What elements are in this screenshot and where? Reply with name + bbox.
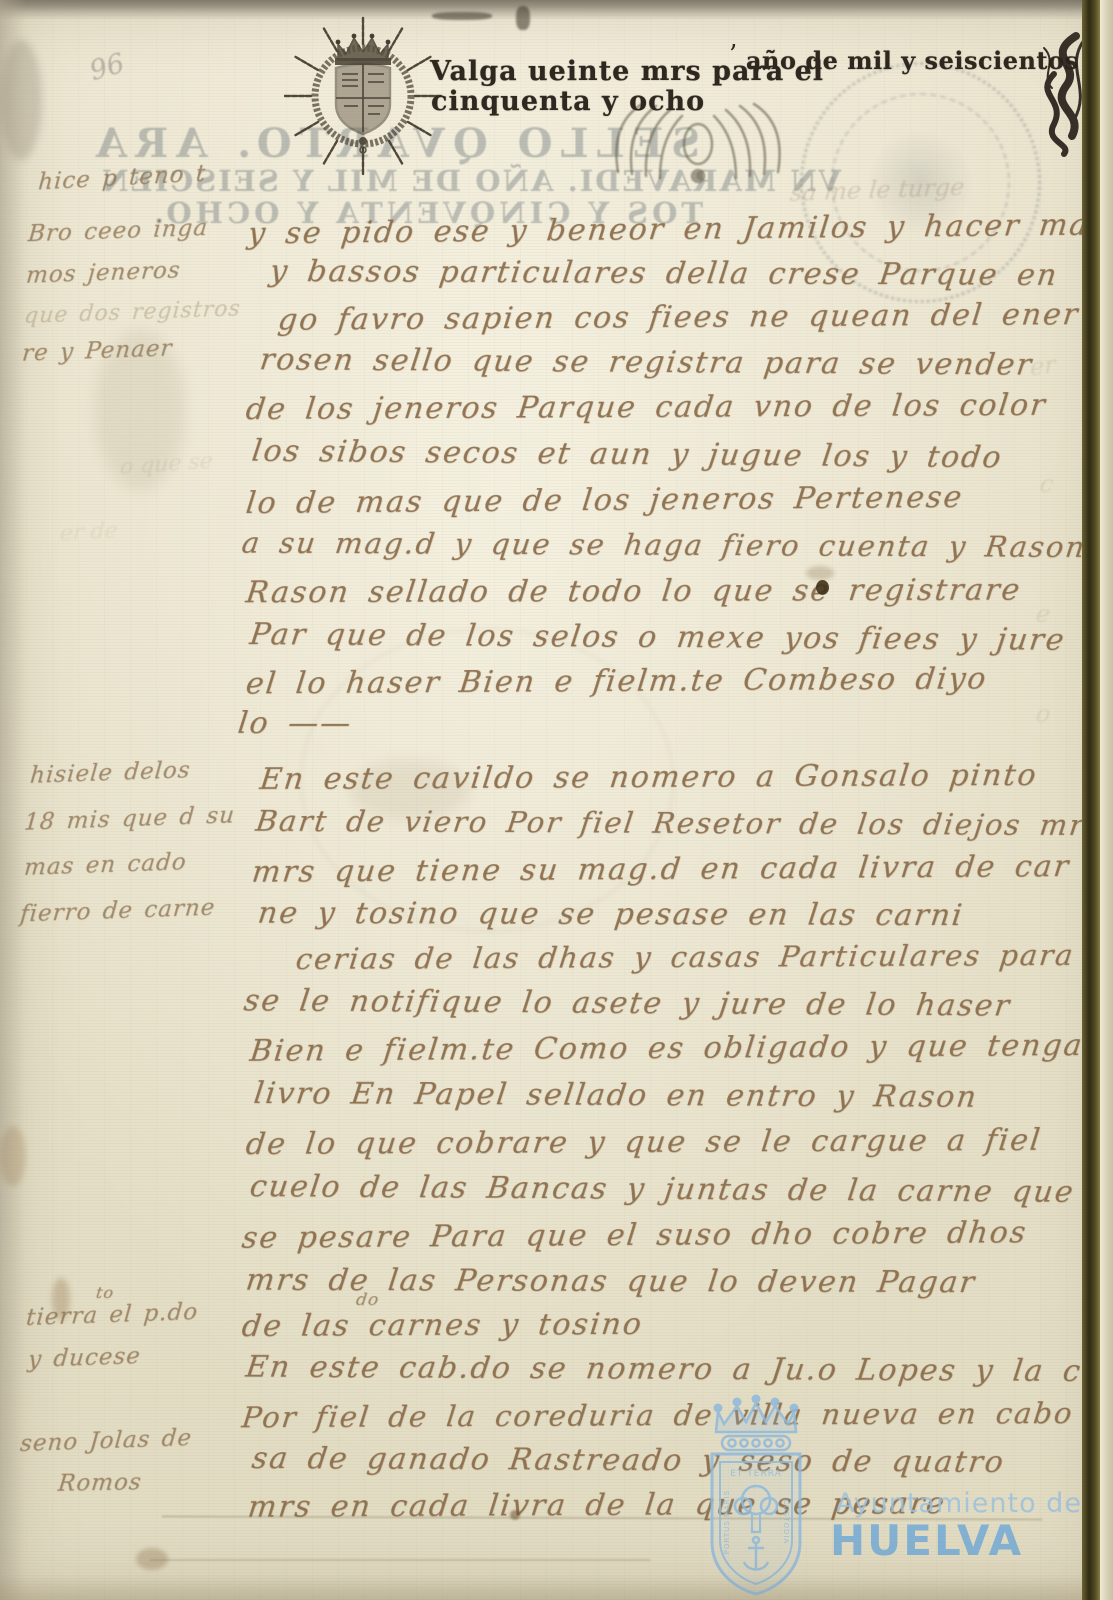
binding-edge <box>1082 0 1100 1600</box>
scan-vignette <box>0 0 1113 1600</box>
manuscript-page-scan: SELLO QVARTO. ARA VN MARAVEDI. AÑO DE MI… <box>0 0 1113 1600</box>
adjacent-page-edge <box>1100 0 1113 1600</box>
